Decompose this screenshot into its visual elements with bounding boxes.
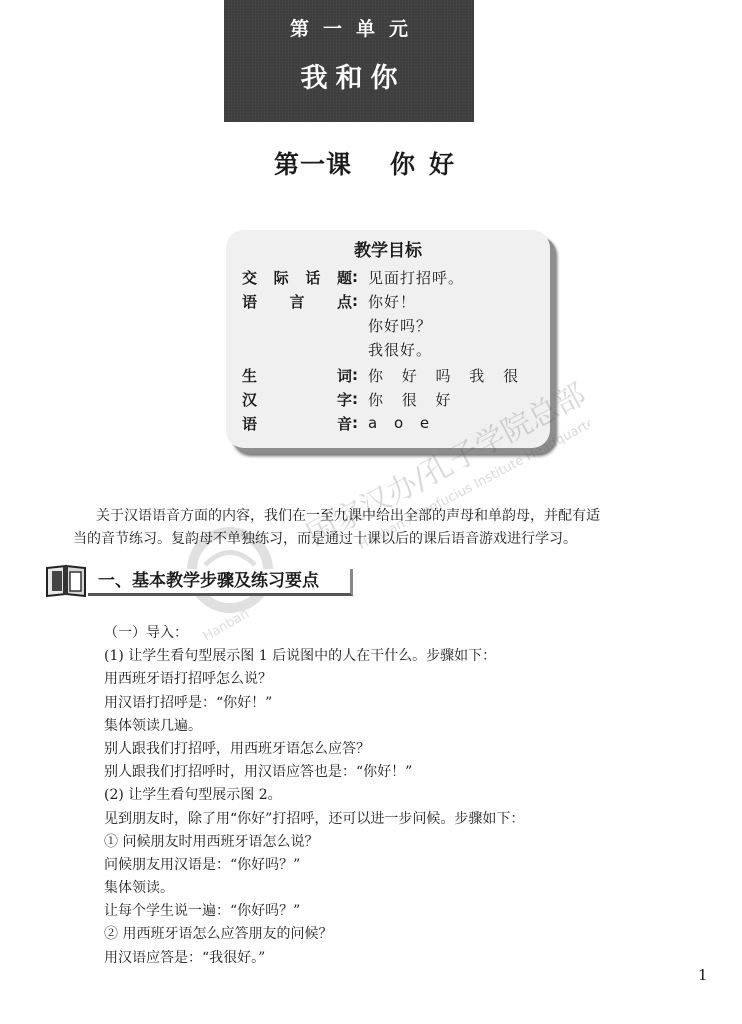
lesson-steps: （一）导入：(1) 让学生看句型展示图 1 后说图中的人在干什么。步骤如下：用西… (104, 622, 704, 970)
text-line: (2) 让学生看句型展示图 2。 (104, 784, 704, 807)
text-line: 用汉语应答是：“我很好。” (104, 947, 704, 970)
goals-heading: 教学目标 (226, 236, 550, 261)
goal-row: .我很好。 (242, 338, 432, 360)
text-line: 集体领读。 (104, 877, 704, 900)
goal-row: .你好吗？ (242, 314, 432, 336)
goal-label-char: 际 (274, 267, 289, 288)
goal-row: 交际话题:见面打招呼。 (242, 266, 464, 288)
lesson-title: 第一课你好 (0, 145, 742, 181)
goal-label: 语言点 (242, 291, 352, 312)
goal-label-char: 话 (305, 267, 320, 288)
text-line: ① 问候朋友时用西班牙语怎么说？ (104, 831, 704, 854)
unit-number: 第一单元 (224, 14, 474, 41)
goal-label-char: 语 (242, 413, 257, 434)
goal-label-char: 词 (337, 365, 352, 386)
book-icon (44, 563, 90, 597)
text-line: (1) 让学生看句型展示图 1 后说图中的人在干什么。步骤如下： (104, 645, 704, 668)
intro-paragraph: 关于汉语语音方面的内容，我们在一至九课中给出全部的声母和单韵母，并配有适 当的音… (96, 505, 686, 551)
goal-label: 语音 (242, 413, 352, 434)
unit-title: 我和你 (224, 56, 474, 95)
goal-colon: : (352, 414, 368, 432)
intro-line-2: 当的音节练习。复韵母不单独练习，而是通过十课以后的课后语音游戏进行学习。 (73, 528, 686, 551)
goal-value: 你 好 吗 我 很 (368, 365, 518, 386)
goal-row: 汉字:你 很 好 (242, 388, 451, 410)
goal-value: 你好吗？ (368, 315, 432, 336)
goal-value: 你好！ (368, 291, 416, 312)
goal-label-char: 语 (242, 291, 257, 312)
text-line: 别人跟我们打招呼，用西班牙语怎么应答？ (104, 738, 704, 761)
page-number: 1 (698, 966, 708, 984)
goal-colon: : (352, 292, 368, 310)
goal-colon: : (352, 390, 368, 408)
text-line: （一）导入： (104, 622, 704, 645)
goal-label-char: 点 (337, 291, 352, 312)
goal-label-char: 生 (242, 365, 257, 386)
text-line: 让每个学生说一遍：“你好吗？” (104, 900, 704, 923)
goal-value: 见面打招呼。 (368, 267, 464, 288)
goal-value: a o e (368, 414, 430, 432)
lesson-number: 第一课 (274, 150, 352, 179)
goal-colon: : (352, 268, 368, 286)
goal-label-char: 字 (337, 389, 352, 410)
teaching-goals-card: 教学目标 交际话题:见面打招呼。语言点:你好！.你好吗？.我很好。生词:你 好 … (226, 230, 550, 448)
goal-row: 生词:你 好 吗 我 很 (242, 364, 518, 386)
text-line: 用汉语打招呼是：“你好！” (104, 692, 704, 715)
goal-value: 你 很 好 (368, 389, 451, 410)
goal-label-char: 汉 (242, 389, 257, 410)
goal-label-char: 交 (242, 267, 257, 288)
unit-banner: 第一单元 我和你 (224, 0, 474, 122)
text-line: 问候朋友用汉语是：“你好吗？” (104, 854, 704, 877)
goal-row: 语言点:你好！ (242, 290, 416, 312)
section-header: 一、基本教学步骤及练习要点 (44, 563, 356, 597)
lesson-name: 你好 (390, 150, 468, 179)
goal-label-char: 言 (289, 291, 304, 312)
goal-label: 汉字 (242, 389, 352, 410)
goal-colon: : (352, 366, 368, 384)
text-line: 见到朋友时，除了用“你好”打招呼，还可以进一步问候。步骤如下： (104, 808, 704, 831)
text-line: ② 用西班牙语怎么应答朋友的问候？ (104, 923, 704, 946)
intro-line-1: 关于汉语语音方面的内容，我们在一至九课中给出全部的声母和单韵母，并配有适 (96, 508, 600, 524)
text-line: 用西班牙语打招呼怎么说？ (104, 668, 704, 691)
goal-label: 生词 (242, 365, 352, 386)
text-line: 集体领读几遍。 (104, 715, 704, 738)
goal-label: 交际话题 (242, 267, 352, 288)
goal-row: 语音:a o e (242, 412, 430, 434)
section-title: 一、基本教学步骤及练习要点 (98, 569, 319, 593)
goal-value: 我很好。 (368, 339, 432, 360)
text-line: 别人跟我们打招呼时，用汉语应答也是：“你好！” (104, 761, 704, 784)
goal-label-char: 音 (337, 413, 352, 434)
goal-label-char: 题 (337, 267, 352, 288)
